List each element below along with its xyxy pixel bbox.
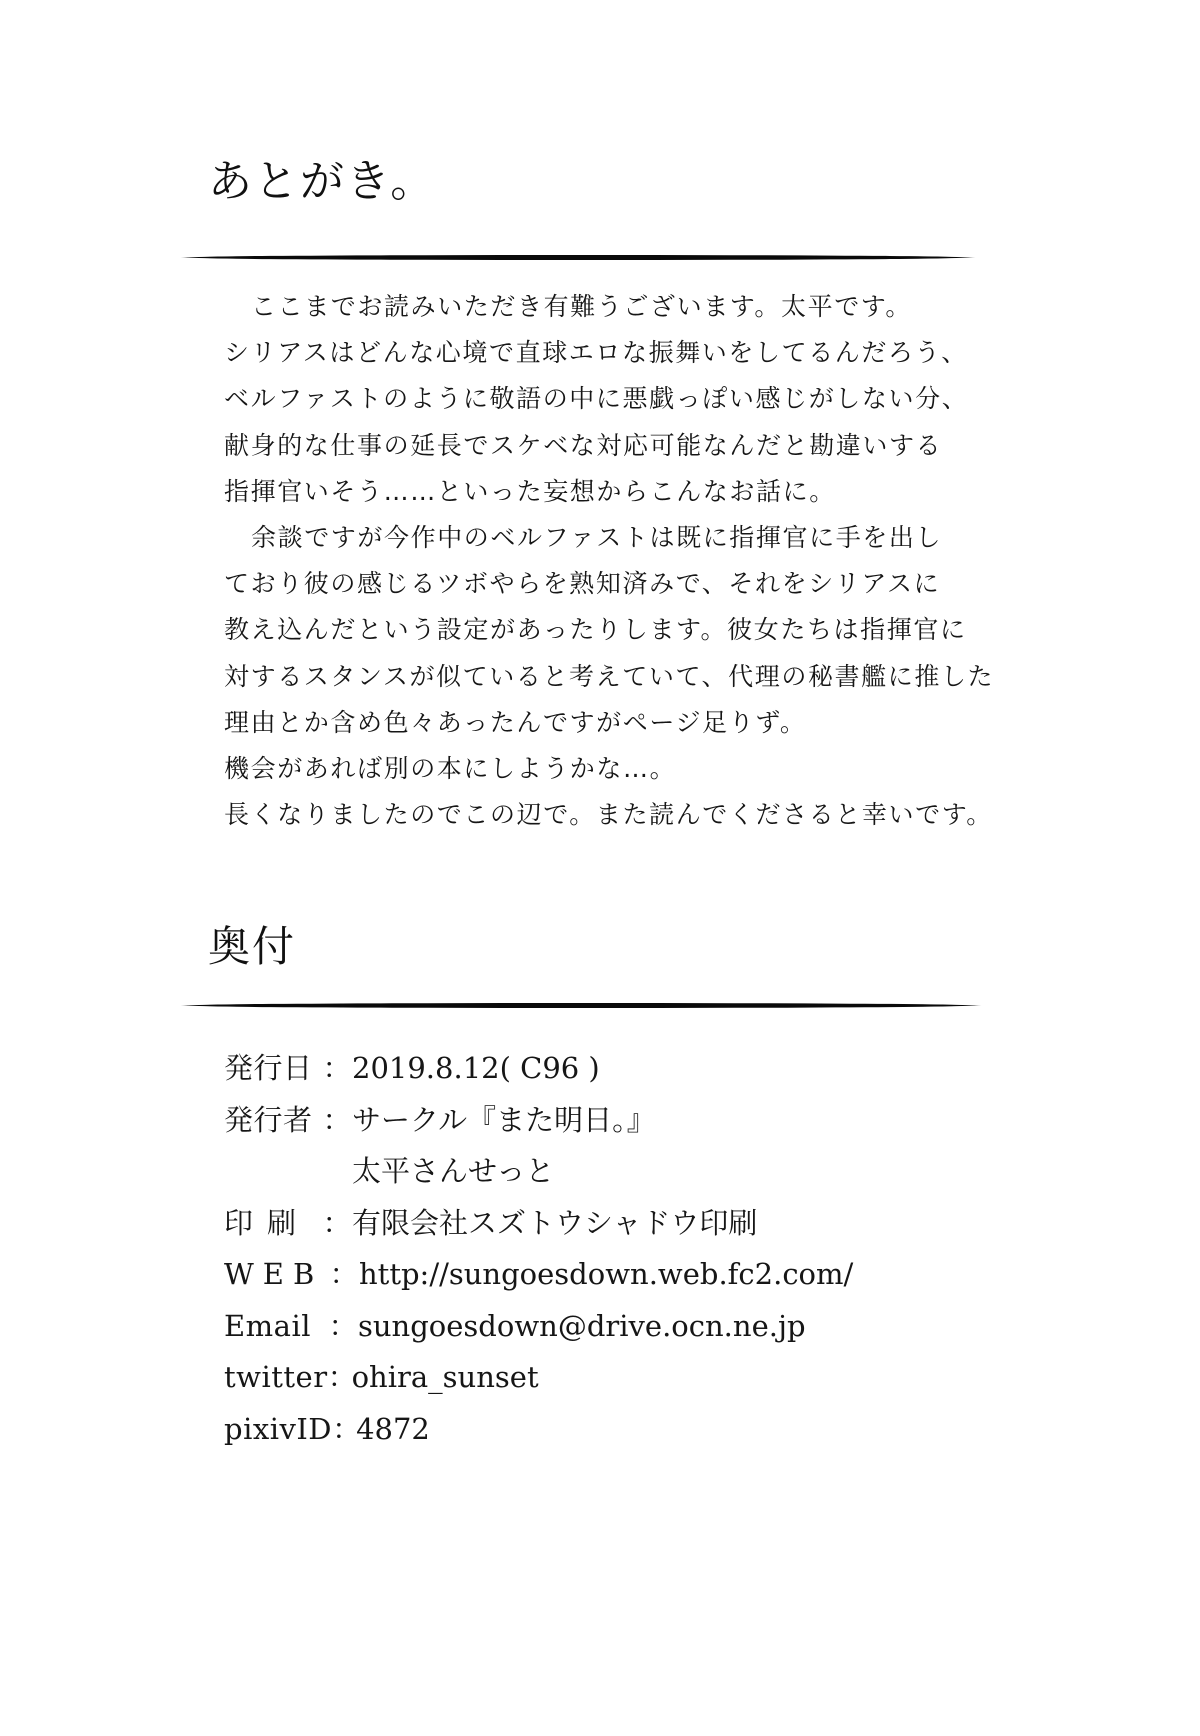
afterword-line: 長くなりましたのでこの辺で。また読んでくださると幸いです。: [224, 792, 994, 838]
publisher-author-value: 太平さんせっと: [352, 1146, 554, 1198]
afterword-line: シリアスはどんな心境で直球エロな振舞いをしてるんだろう、: [224, 330, 994, 376]
afterword-line: 対するスタンスが似ていると考えていて、代理の秘書艦に推した: [224, 654, 994, 700]
afterword-line: 献身的な仕事の延長でスケベな対応可能なんだと勘違いする: [224, 423, 994, 469]
twitter-handle-value: ohira_sunset: [352, 1352, 539, 1404]
colophon-row-twitter: twitter ： ohira_sunset: [224, 1352, 853, 1404]
afterword-line: 余談ですが今作中のベルファストは既に指揮官に手を出し: [224, 515, 994, 561]
printer-value: 有限会社スズトウシャドウ印刷: [352, 1198, 757, 1250]
colophon-list: 発行日 ： 2019.8.12( C96 ) 発行者 ： サークル『また明日。』…: [224, 1043, 853, 1455]
colophon-row-publisher: 発行者 ： サークル『また明日。』: [224, 1095, 853, 1147]
colophon-label: twitter: [224, 1352, 328, 1404]
publisher-circle-value: サークル『また明日。』: [352, 1095, 656, 1147]
colophon-label: 印刷: [224, 1198, 322, 1250]
pixiv-id-value: 4872: [356, 1404, 430, 1456]
colophon-label: 発行日: [224, 1043, 322, 1095]
afterword-line: ベルファストのように敬語の中に悪戯っぽい感じがしない分、: [224, 376, 994, 422]
colophon-row-printer: 印刷 ： 有限会社スズトウシャドウ印刷: [224, 1198, 853, 1250]
afterword-line: 指揮官いそう……といった妄想からこんなお話に。: [224, 469, 994, 515]
colophon-separator: ：: [329, 1249, 359, 1301]
colophon-separator: ：: [328, 1352, 352, 1404]
afterword-line: 教え込んだという設定があったりします。彼女たちは指揮官に: [224, 607, 994, 653]
colophon-title: 奥付: [208, 926, 296, 968]
colophon-label: Email: [224, 1301, 328, 1353]
colophon-row-web: WEB ： http://sungoesdown.web.fc2.com/: [224, 1249, 853, 1301]
afterword-line: 機会があれば別の本にしようかな…。: [224, 746, 994, 792]
email-link[interactable]: sungoesdown@drive.ocn.ne.jp: [358, 1301, 806, 1353]
colophon-row-publish-date: 発行日 ： 2019.8.12( C96 ): [224, 1043, 853, 1095]
afterword-line: ており彼の感じるツボやらを熟知済みで、それをシリアスに: [224, 561, 994, 607]
colophon-divider: [180, 1003, 982, 1008]
afterword-divider: [180, 255, 976, 260]
colophon-separator: ：: [332, 1404, 356, 1456]
afterword-line: ここまでお読みいただき有難うございます。太平です。: [224, 284, 994, 330]
book-page: あとがき。 ここまでお読みいただき有難うございます。太平です。 シリアスはどんな…: [0, 0, 1200, 1736]
colophon-label: 発行者: [224, 1095, 322, 1147]
afterword-line: 理由とか含め色々あったんですがページ足りず。: [224, 700, 994, 746]
colophon-row-publisher-author: 太平さんせっと: [224, 1146, 853, 1198]
colophon-separator: ：: [322, 1095, 352, 1147]
website-link[interactable]: http://sungoesdown.web.fc2.com/: [359, 1249, 853, 1301]
colophon-row-pixiv: pixivID ： 4872: [224, 1404, 853, 1456]
colophon-separator: ：: [322, 1043, 352, 1095]
colophon-label: WEB: [224, 1249, 329, 1301]
publish-date-value: 2019.8.12( C96 ): [352, 1043, 600, 1095]
afterword-body: ここまでお読みいただき有難うございます。太平です。 シリアスはどんな心境で直球エ…: [224, 284, 994, 838]
colophon-row-email: Email ： sungoesdown@drive.ocn.ne.jp: [224, 1301, 853, 1353]
afterword-title: あとがき。: [208, 160, 436, 204]
colophon-separator: ：: [328, 1301, 358, 1353]
colophon-label: pixivID: [224, 1404, 332, 1456]
colophon-separator: ：: [322, 1198, 352, 1250]
